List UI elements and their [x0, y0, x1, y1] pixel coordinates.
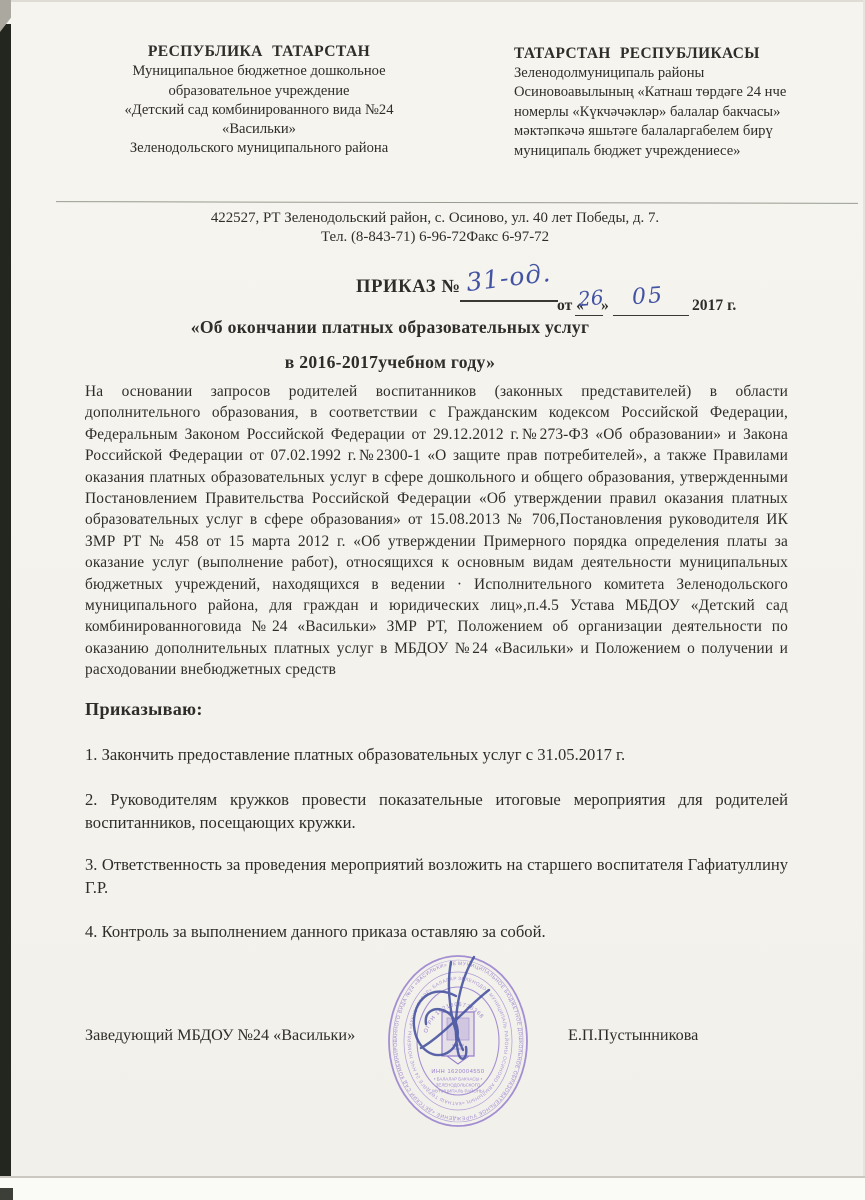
scan-edge-top: [0, 0, 865, 2]
org-title-ru: РЕСПУБЛИКА ТАТАРСТАН: [55, 42, 463, 61]
directive-item-4: 4. Контроль за выполнением данного прика…: [85, 921, 788, 944]
directive-item-2: 2. Руководителям кружков провести показа…: [85, 789, 788, 834]
header-divider: [56, 201, 858, 204]
org-line: «Детский сад комбинированного вида №24: [55, 101, 463, 120]
document-page: РЕСПУБЛИКА ТАТАРСТАН Муниципальное бюдже…: [0, 0, 865, 1200]
org-line: мәктәпкәчә яшьтәге балаларгабелем бирү: [514, 122, 860, 142]
stamp-center-line: • БАЛАЛАР БАКЧАСЫ •: [434, 1077, 483, 1082]
scan-bottom-area: [0, 1178, 865, 1200]
directive-item-3: 3. Ответственность за проведения меропри…: [85, 854, 788, 899]
handwritten-signature: [388, 950, 508, 1076]
scan-edge-left: [0, 24, 11, 1180]
org-line: образовательное учреждение: [55, 82, 463, 101]
stamp-center-line: ЗЕЛЕНОДОЛЬСКОГО: [436, 1083, 481, 1088]
order-subject-line2: в 2016-2017учебном году»: [60, 352, 720, 373]
org-line: Осиновоавылының «Катнаш төрдәге 24 нче: [514, 83, 860, 103]
signatory-name: Е.П.Пустынникова: [568, 1026, 698, 1045]
org-line: номерлы «Күкчәчәкләр» балалар бакчасы»: [514, 103, 860, 123]
order-preamble: На основании запросов родителей воспитан…: [85, 381, 788, 681]
signatory-position: Заведующий МБДОУ №24 «Васильки»: [85, 1026, 355, 1045]
org-line: Муниципальное бюджетное дошкольное: [55, 62, 463, 81]
stamp-center-line: МУНИЦИПАЛЬ РАЙОНЫ: [432, 1089, 484, 1094]
scan-notch-bottom-left: [0, 1188, 13, 1200]
order-date-year: 2017 г.: [692, 297, 736, 315]
org-line: муниципаль бюджет учреждениесе»: [514, 142, 860, 162]
directive-heading: Приказываю:: [85, 699, 203, 720]
order-number-blank-line: [460, 300, 558, 302]
order-date-month-handwritten: 05: [631, 283, 665, 310]
org-name-tatar: ТАТАРСТАН РЕСПУБЛИКАСЫ Зеленодолмуниципа…: [514, 44, 860, 162]
order-number-handwritten: 31-од.: [465, 258, 553, 297]
order-date-quote-close: »: [601, 297, 609, 315]
order-subject-line1: «Об окончании платных образовательных ус…: [60, 317, 720, 338]
org-title-tt: ТАТАРСТАН РЕСПУБЛИКАСЫ: [514, 44, 860, 64]
directive-item-1: 1. Закончить предоставление платных обра…: [85, 744, 788, 767]
order-title: ПРИКАЗ №: [356, 276, 461, 298]
org-line: Зеленодольского муниципального района: [55, 139, 463, 158]
phone-line: Тел. (8-843-71) 6-96-72Факс 6-97-72: [65, 228, 805, 247]
org-name-russian: РЕСПУБЛИКА ТАТАРСТАН Муниципальное бюдже…: [55, 42, 463, 159]
org-line: «Васильки»: [55, 120, 463, 139]
address-line: 422527, РТ Зеленодольский район, с. Осин…: [65, 209, 805, 228]
org-line: Зеленодолмуниципаль районы: [514, 64, 860, 84]
contact-block: 422527, РТ Зеленодольский район, с. Осин…: [65, 209, 805, 247]
